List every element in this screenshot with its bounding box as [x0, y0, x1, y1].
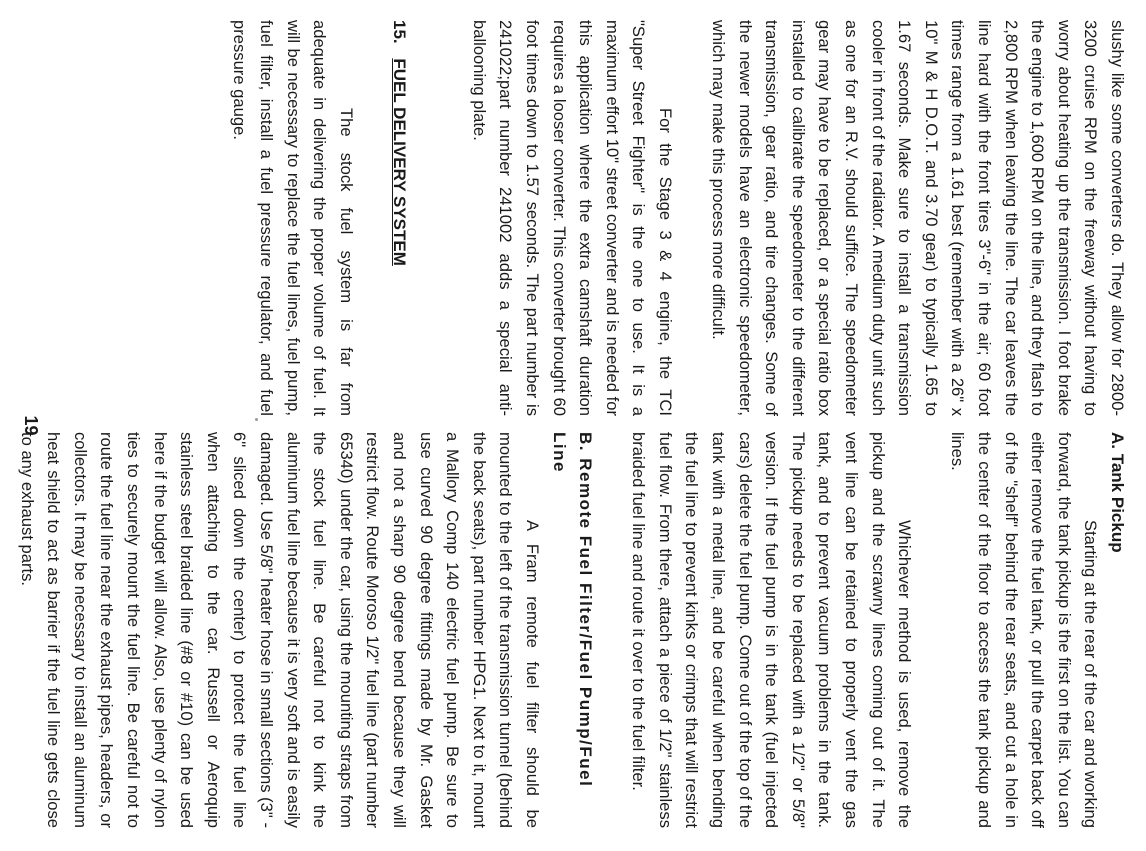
scan-speck: [255, 418, 258, 421]
paragraph-stage-3-4-converter: For the Stage 3 & 4 engine, the TCI "Sup…: [465, 20, 678, 416]
section-heading-fuel-delivery: 15. FUEL DELIVERY SYSTEM: [385, 20, 412, 416]
paragraph-converters: slushy like some converters do. They all…: [705, 20, 1131, 416]
paragraph-stock-fuel-system: The stock fuel system is far from adequa…: [226, 20, 359, 416]
scan-speck: [23, 470, 26, 473]
page-number: 19: [20, 0, 41, 851]
scanned-page: slushy like some converters do. They all…: [0, 0, 1146, 851]
paragraph-tank-pickup-intro: Starting at the rear of the car and work…: [944, 432, 1104, 828]
subheading-tank-pickup: A. Tank Pickup: [1103, 432, 1130, 828]
subheading-remote-fuel-filter: B. Remote Fuel Filter/Fuel Pump/Fuel Lin…: [545, 432, 598, 828]
section-title: FUEL DELIVERY SYSTEM: [390, 58, 409, 266]
section-number: 15.: [390, 20, 409, 44]
right-column: A. Tank Pickup Starting at the rear of t…: [0, 432, 1130, 828]
paragraph-fuel-filter-pump: A Fram remote fuel filter should be moun…: [13, 432, 545, 828]
paragraph-pickup-replacement: Whichever method is used, remove the pic…: [625, 432, 918, 828]
left-column: slushy like some converters do. They all…: [226, 20, 1130, 416]
